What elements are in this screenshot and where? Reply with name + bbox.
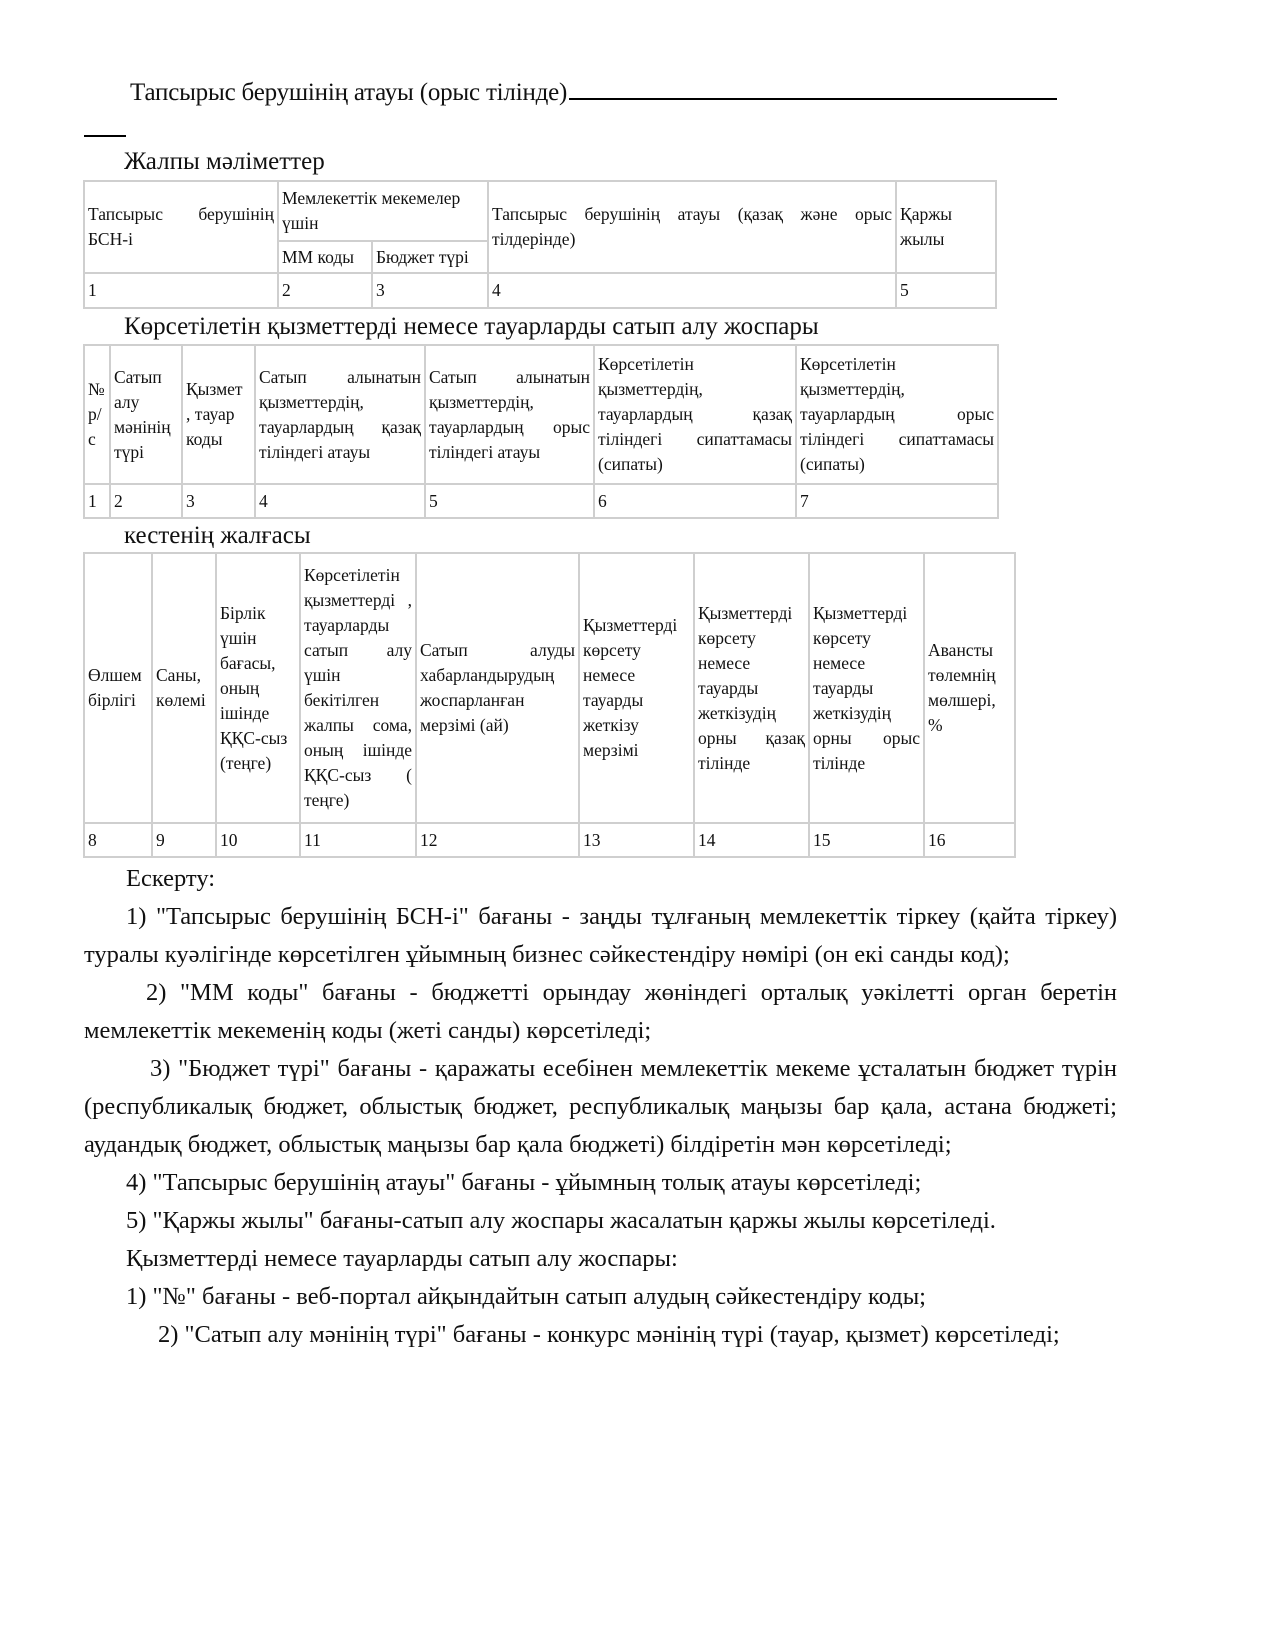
note-item: 3) "Бюджет түрі" бағаны - қаражаты есебі… bbox=[84, 1050, 1117, 1164]
cell-number: 5 bbox=[425, 484, 594, 518]
col-name-kz: Сатып алынатын қызметтердің, тауарлардың… bbox=[255, 345, 425, 484]
plan-notes-title: Қызметтерді немесе тауарларды сатып алу … bbox=[84, 1240, 1117, 1278]
cell-number: 2 bbox=[110, 484, 182, 518]
col-advance-payment: Авансты төлемнің мөлшері, % bbox=[924, 553, 1015, 823]
cell-number: 7 bbox=[796, 484, 998, 518]
cell-number: 5 bbox=[896, 273, 996, 308]
col-unit-price: Бірлік үшін бағасы, оның ішінде ҚҚС-сыз … bbox=[216, 553, 300, 823]
cell-number: 12 bbox=[416, 823, 579, 857]
col-desc-kz: Көрсетілетін қызметтердің, тауарлардың қ… bbox=[594, 345, 796, 484]
col-desc-ru: Көрсетілетін қызметтердің, тауарлардың о… bbox=[796, 345, 998, 484]
col-row-number: № р/с bbox=[84, 345, 110, 484]
cell-number: 11 bbox=[300, 823, 416, 857]
note-item: 5) "Қаржы жылы" бағаны-сатып алу жоспары… bbox=[84, 1202, 1117, 1240]
note-item: 4) "Тапсырыс берушінің атауы" бағаны - ұ… bbox=[84, 1164, 1117, 1202]
general-info-table: Тапсырыс берушінің БСН-і Мемлекеттік мек… bbox=[83, 180, 997, 309]
underline-continuation bbox=[84, 135, 126, 137]
continuation-title: кестенің жалғасы bbox=[124, 522, 311, 550]
col-customer-name: Тапсырыс берушінің атауы (қазақ және оры… bbox=[488, 181, 896, 273]
cell-number: 1 bbox=[84, 273, 278, 308]
cell-number: 8 bbox=[84, 823, 152, 857]
note-item: 2) "ММ коды" бағаны - бюджетті орындау ж… bbox=[84, 974, 1117, 1050]
col-state-institutions: Мемлекеттік мекемелер үшін bbox=[278, 181, 488, 241]
col-subject-type: Сатып алу мәнінің түрі bbox=[110, 345, 182, 484]
cell-number: 2 bbox=[278, 273, 372, 308]
col-name-ru: Сатып алынатын қызметтердің, тауарлардың… bbox=[425, 345, 594, 484]
plan-title: Көрсетілетін қызметтерді немесе тауарлар… bbox=[124, 313, 819, 341]
cell-number: 9 bbox=[152, 823, 216, 857]
cell-number: 15 bbox=[809, 823, 924, 857]
cell-number: 14 bbox=[694, 823, 809, 857]
customer-name-ru-line: Тапсырыс берушінің атауы (орыс тілінде) bbox=[130, 76, 1057, 107]
notes-section: Ескерту: 1) "Тапсырыс берушінің БСН-і" б… bbox=[84, 860, 1117, 1354]
col-total-amount: Көрсетілетін қызметтерді , тауарларды са… bbox=[300, 553, 416, 823]
continuation-table: Өлшем бірлігі Саны, көлемі Бірлік үшін б… bbox=[83, 552, 1016, 858]
col-budget-type: Бюджет түрі bbox=[372, 241, 488, 273]
plan-note-item: 2) "Сатып алу мәнінің түрі" бағаны - кон… bbox=[84, 1316, 1117, 1354]
col-item-code: Қызмет , тауар коды bbox=[182, 345, 255, 484]
col-fiscal-year: Қаржы жылы bbox=[896, 181, 996, 273]
col-gu-code: ММ коды bbox=[278, 241, 372, 273]
cell-number: 3 bbox=[372, 273, 488, 308]
plan-table: № р/с Сатып алу мәнінің түрі Қызмет , та… bbox=[83, 344, 999, 519]
cell-number: 3 bbox=[182, 484, 255, 518]
col-delivery-place-ru: Қызметтерді көрсету немесе тауарды жеткі… bbox=[809, 553, 924, 823]
note-item: 1) "Тапсырыс берушінің БСН-і" бағаны - з… bbox=[84, 898, 1117, 974]
col-delivery-place-kz: Қызметтерді көрсету немесе тауарды жеткі… bbox=[694, 553, 809, 823]
col-announcement-date: Сатып алуды хабарландырудың жоспарланған… bbox=[416, 553, 579, 823]
cell-number: 13 bbox=[579, 823, 694, 857]
customer-name-ru-label: Тапсырыс берушінің атауы (орыс тілінде) bbox=[130, 79, 567, 106]
col-quantity: Саны, көлемі bbox=[152, 553, 216, 823]
cell-number: 10 bbox=[216, 823, 300, 857]
plan-note-item: 1) "№" бағаны - веб-портал айқындайтын с… bbox=[84, 1278, 1117, 1316]
cell-number: 4 bbox=[488, 273, 896, 308]
general-info-title: Жалпы мәліметтер bbox=[124, 148, 325, 176]
customer-name-ru-blank bbox=[569, 76, 1057, 100]
cell-number: 4 bbox=[255, 484, 425, 518]
cell-number: 6 bbox=[594, 484, 796, 518]
col-delivery-term: Қызметтерді көрсету немесе тауарды жеткі… bbox=[579, 553, 694, 823]
cell-number: 1 bbox=[84, 484, 110, 518]
col-bin: Тапсырыс берушінің БСН-і bbox=[84, 181, 278, 273]
cell-number: 16 bbox=[924, 823, 1015, 857]
col-unit: Өлшем бірлігі bbox=[84, 553, 152, 823]
notes-title: Ескерту: bbox=[84, 860, 1117, 898]
